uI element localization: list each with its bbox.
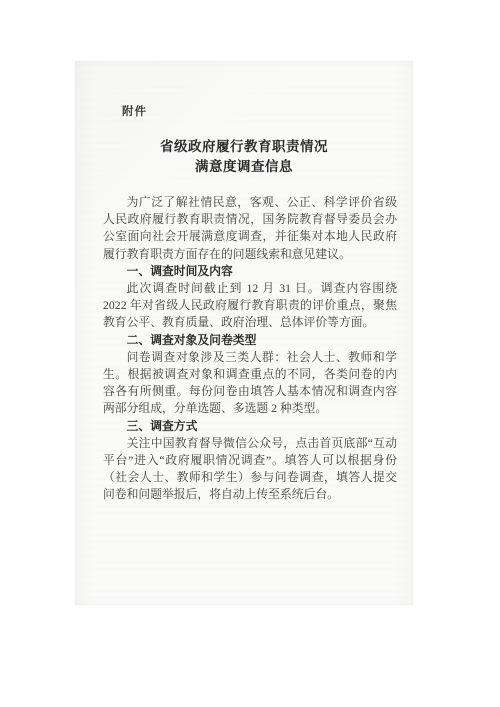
section-heading: 一、调查时间及内容 xyxy=(103,263,397,280)
document-title-line-2: 满意度调查信息 xyxy=(75,157,413,177)
body-paragraph: 此次调查时间截止到 12 月 31 日。调查内容围绕 2022 年对省级人民政府… xyxy=(103,280,397,332)
section-heading: 三、调查方式 xyxy=(103,418,397,435)
body-paragraph: 问卷调查对象涉及三类人群：社会人士、教师和学生。根据被调查对象和调查重点的不同，… xyxy=(103,349,397,418)
document-body: 为广泛了解社情民意，客观、公正、科学评价省级人民政府履行教育职责情况，国务院教育… xyxy=(103,194,397,504)
section-heading: 二、调查对象及问卷类型 xyxy=(103,332,397,349)
scan-canvas: 附件 省级政府履行教育职责情况 满意度调查信息 为广泛了解社情民意，客观、公正、… xyxy=(0,0,500,707)
attachment-label: 附件 xyxy=(122,103,147,119)
body-paragraph: 关注中国教育督导微信公众号，点击首页底部“互动平台”进入“政府履职情况调查”。填… xyxy=(103,435,397,504)
document-title: 省级政府履行教育职责情况 满意度调查信息 xyxy=(75,137,413,176)
body-paragraph: 为广泛了解社情民意，客观、公正、科学评价省级人民政府履行教育职责情况，国务院教育… xyxy=(103,194,397,263)
document-title-line-1: 省级政府履行教育职责情况 xyxy=(75,137,413,157)
scanned-page: 附件 省级政府履行教育职责情况 满意度调查信息 为广泛了解社情民意，客观、公正、… xyxy=(75,61,413,605)
